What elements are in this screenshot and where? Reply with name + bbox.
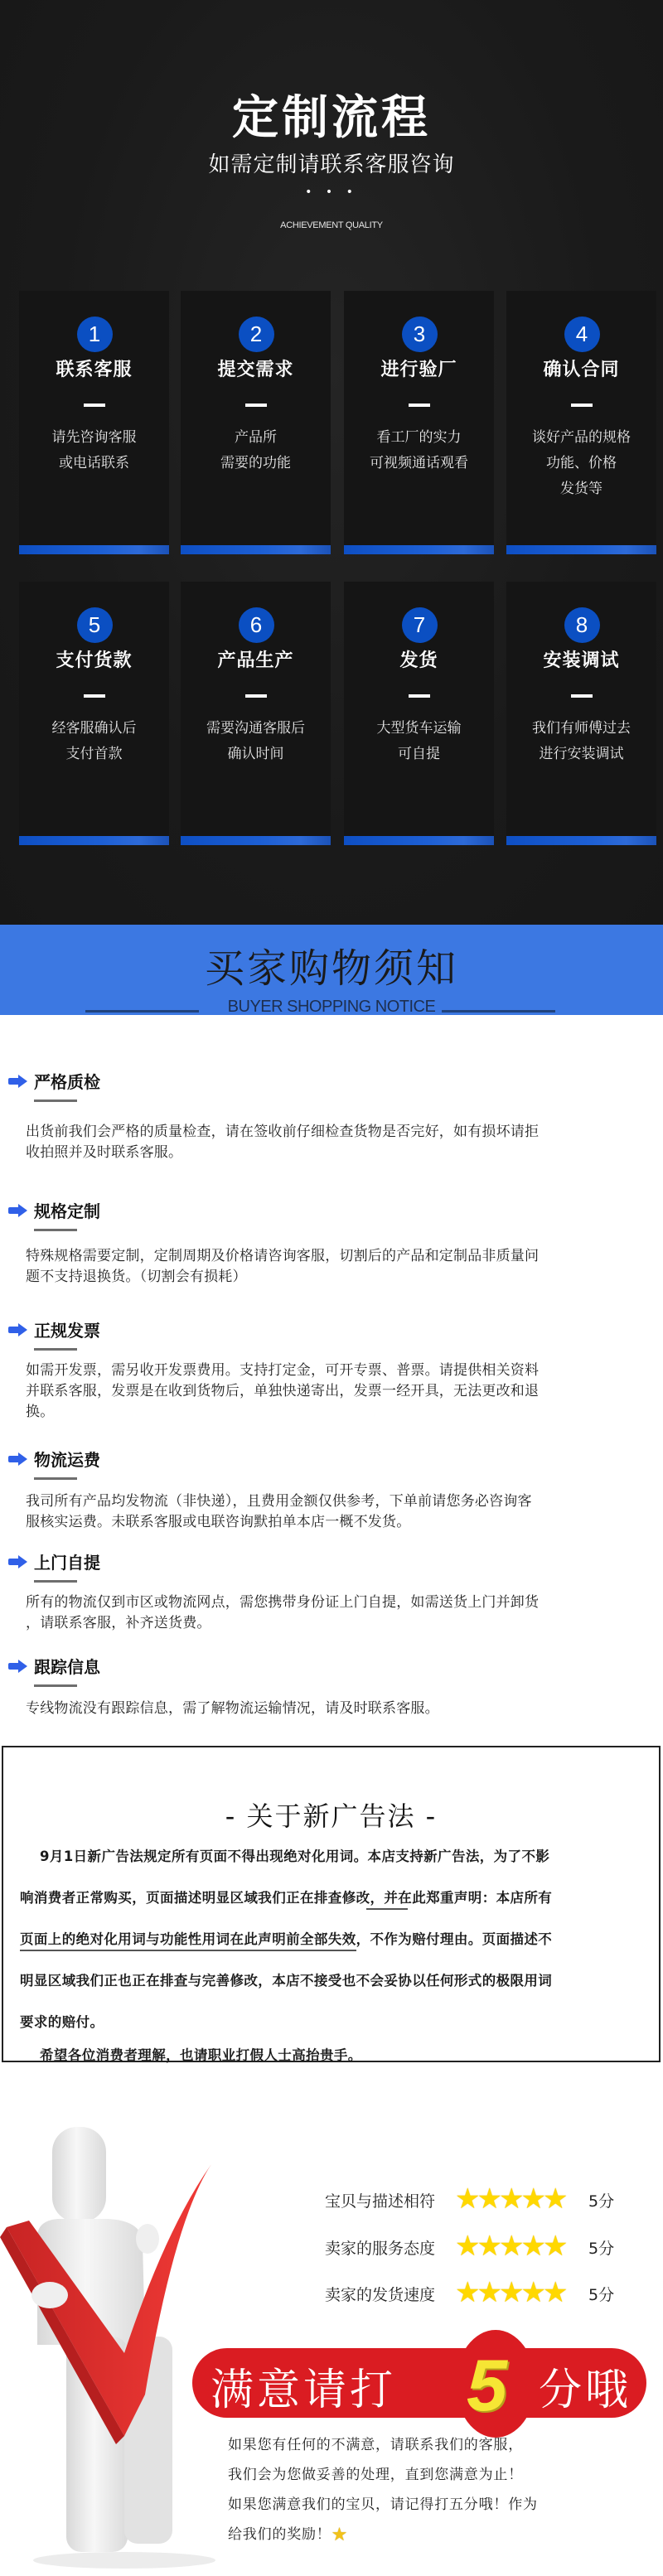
step-name: 进行验厂 [344, 355, 494, 381]
dash-divider [409, 404, 430, 407]
step-desc-line: 我们有师傅过去 [506, 716, 656, 742]
step-desc-line: 需要的功能 [181, 451, 331, 476]
step-desc-line: 请先咨询客服 [19, 425, 169, 451]
dash-divider [245, 404, 267, 407]
step-number-badge: 1 [77, 317, 113, 352]
step-desc-line: 谈好产品的规格 [506, 425, 656, 451]
step-desc-line: 功能、价格 [506, 451, 656, 476]
process-step-card: 6 产品生产 需要沟通客服后 确认时间 [181, 582, 331, 845]
step-accent-bar [181, 545, 331, 554]
step-accent-bar [181, 836, 331, 845]
step-name: 支付货款 [19, 646, 169, 672]
dash-divider [84, 404, 105, 407]
step-number-badge: 7 [402, 607, 438, 643]
step-accent-bar [19, 545, 169, 554]
step-accent-bar [344, 836, 494, 845]
process-step-card: 3 进行验厂 看工厂的实力 可视频通话观看 [344, 291, 494, 554]
step-desc-line: 发货等 [506, 476, 656, 502]
step-desc-line: 确认时间 [181, 742, 331, 767]
dash-divider [571, 404, 593, 407]
dash-divider [409, 694, 430, 698]
step-accent-bar [344, 545, 494, 554]
step-description: 需要沟通客服后 确认时间 [181, 716, 331, 767]
step-desc-line: 支付首款 [19, 742, 169, 767]
buyer-notice-banner: 买家购物须知 BUYER SHOPPING NOTICE [0, 925, 663, 926]
step-name: 发货 [344, 646, 494, 672]
process-header: 定制流程 如需定制请联系客服咨询 • • • ACHIEVEMENT QUALI… [0, 0, 663, 282]
process-step-card: 5 支付货款 经客服确认后 支付首款 [19, 582, 169, 845]
step-number-badge: 3 [402, 317, 438, 352]
step-desc-line: 产品所 [181, 425, 331, 451]
step-description: 经客服确认后 支付首款 [19, 716, 169, 767]
process-step-card: 7 发货 大型货车运输 可自提 [344, 582, 494, 845]
step-desc-line: 可视频通话观看 [344, 451, 494, 476]
step-number-badge: 6 [239, 607, 274, 643]
step-number-badge: 2 [239, 317, 274, 352]
process-step-card: 1 联系客服 请先咨询客服 或电话联系 [19, 291, 169, 554]
process-step-card: 4 确认合同 谈好产品的规格 功能、价格 发货等 [506, 291, 656, 554]
step-name: 产品生产 [181, 646, 331, 672]
step-description: 产品所 需要的功能 [181, 425, 331, 476]
custom-process-section: 定制流程 如需定制请联系客服咨询 • • • ACHIEVEMENT QUALI… [0, 0, 663, 926]
step-desc-line: 看工厂的实力 [344, 425, 494, 451]
process-subtitle: 如需定制请联系客服咨询 [0, 147, 663, 178]
step-description: 请先咨询客服 或电话联系 [19, 425, 169, 476]
step-description: 我们有师傅过去 进行安装调试 [506, 716, 656, 767]
process-step-card: 8 安装调试 我们有师傅过去 进行安装调试 [506, 582, 656, 845]
step-desc-line: 可自提 [344, 742, 494, 767]
step-description: 谈好产品的规格 功能、价格 发货等 [506, 425, 656, 502]
dots-decoration: • • • [0, 186, 663, 198]
step-number-badge: 4 [564, 317, 600, 352]
step-name: 安装调试 [506, 646, 656, 672]
step-description: 大型货车运输 可自提 [344, 716, 494, 767]
process-tagline: ACHIEVEMENT QUALITY [0, 220, 663, 230]
step-desc-line: 需要沟通客服后 [181, 716, 331, 742]
process-step-card: 2 提交需求 产品所 需要的功能 [181, 291, 331, 554]
process-title: 定制流程 [0, 81, 663, 147]
step-number-badge: 8 [564, 607, 600, 643]
dash-divider [245, 694, 267, 698]
step-desc-line: 进行安装调试 [506, 742, 656, 767]
step-name: 确认合同 [506, 355, 656, 381]
step-name: 联系客服 [19, 355, 169, 381]
step-desc-line: 经客服确认后 [19, 716, 169, 742]
step-desc-line: 或电话联系 [19, 451, 169, 476]
step-number-badge: 5 [77, 607, 113, 643]
dash-divider [84, 694, 105, 698]
step-name: 提交需求 [181, 355, 331, 381]
step-accent-bar [506, 836, 656, 845]
step-desc-line: 大型货车运输 [344, 716, 494, 742]
step-accent-bar [19, 836, 169, 845]
dash-divider [571, 694, 593, 698]
step-accent-bar [506, 545, 656, 554]
step-description: 看工厂的实力 可视频通话观看 [344, 425, 494, 476]
